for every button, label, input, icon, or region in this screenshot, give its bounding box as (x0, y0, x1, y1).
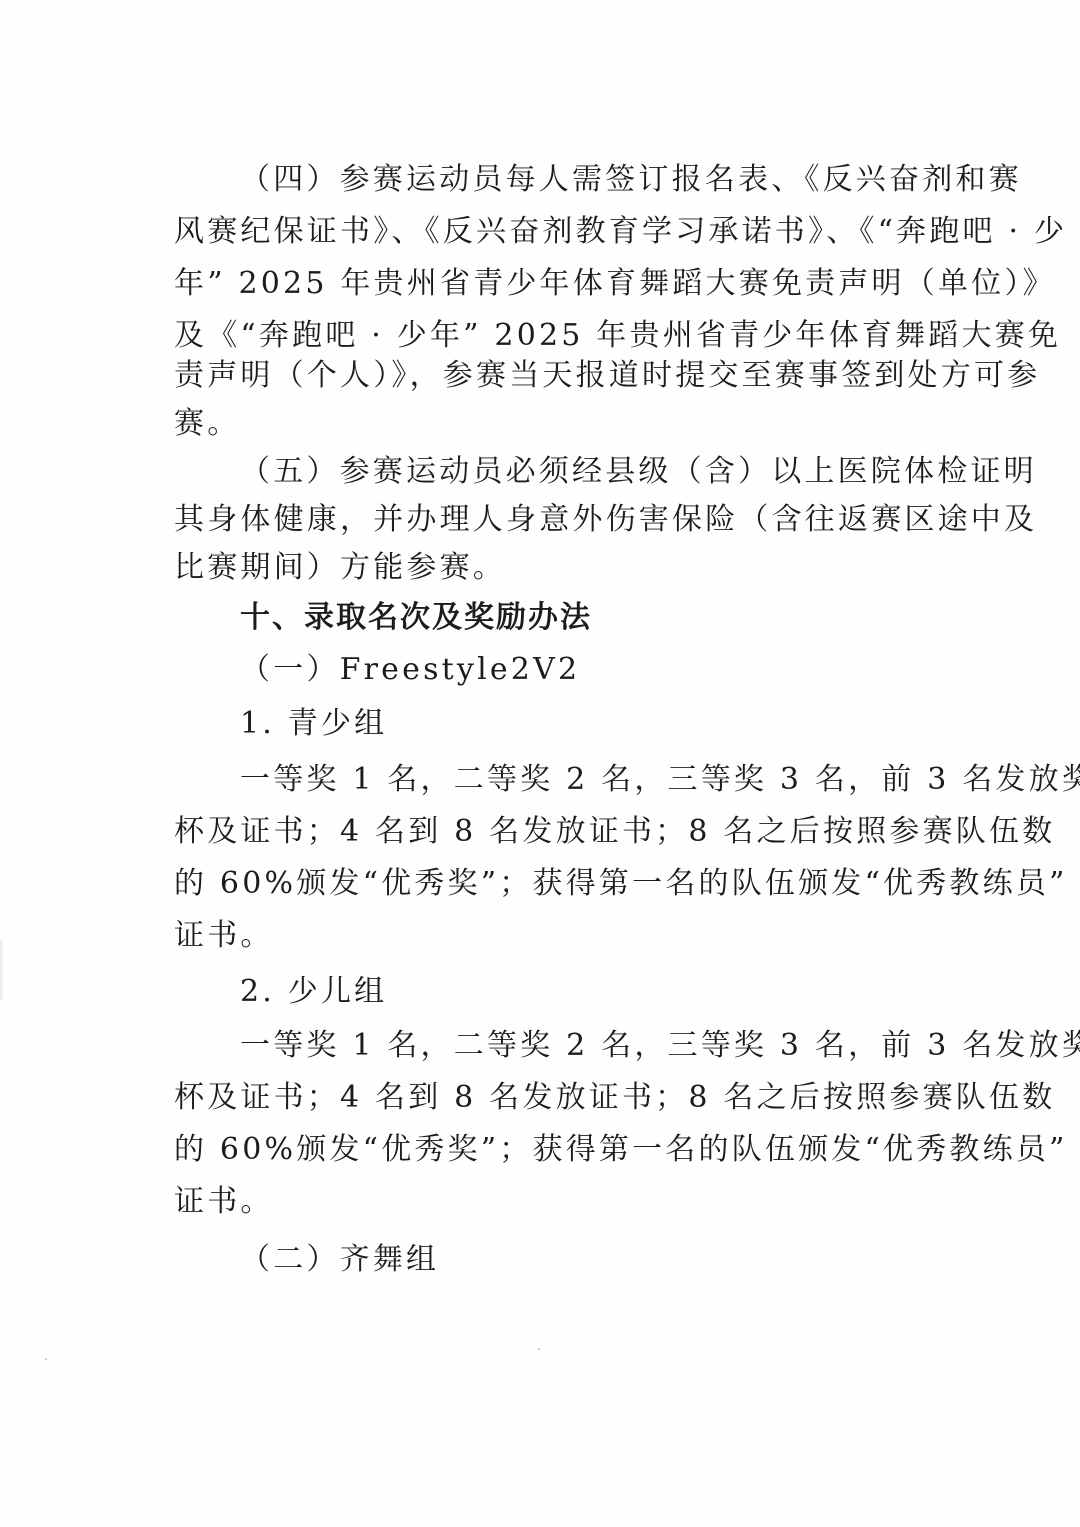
group-2-title: 2. 少儿组 (240, 972, 1000, 1012)
group-2-line-3: 的 60%颁发“优秀奖”；获得第一名的队伍颁发“优秀教练员” (174, 1130, 934, 1170)
group-2-line-2: 杯及证书；4 名到 8 名发放证书；8 名之后按照参赛队伍数 (174, 1078, 934, 1118)
section-4-line-1: （四）参赛运动员每人需签订报名表、《反兴奋剂和赛 (240, 160, 1000, 200)
group-2-line-4: 证书。 (174, 1182, 934, 1222)
subsection-1-title: （一）Freestyle2V2 (240, 650, 1000, 690)
subsection-2-title: （二）齐舞组 (240, 1240, 1000, 1280)
chapter-10-heading: 十、录取名次及奖励办法 (240, 598, 1000, 638)
section-4-line-3: 年” 2025 年贵州省青少年体育舞蹈大赛免责声明（单位）》 (174, 264, 934, 304)
group-1-line-1: 一等奖 1 名，二等奖 2 名，三等奖 3 名，前 3 名发放奖 (240, 760, 1000, 800)
scan-edge-shadow (0, 940, 4, 1000)
group-1-line-3: 的 60%颁发“优秀奖”；获得第一名的队伍颁发“优秀教练员” (174, 864, 934, 904)
section-4-line-2: 风赛纪保证书》、《反兴奋剂教育学习承诺书》、《“奔跑吧 · 少 (174, 212, 934, 252)
section-5-line-3: 比赛期间）方能参赛。 (174, 548, 934, 588)
document-page: （四）参赛运动员每人需签订报名表、《反兴奋剂和赛 风赛纪保证书》、《反兴奋剂教育… (0, 0, 1080, 1527)
group-1-line-4: 证书。 (174, 916, 934, 956)
section-4-line-5: 责声明（个人）》，参赛当天报道时提交至赛事签到处方可参 (174, 356, 934, 396)
group-1-title: 1. 青少组 (240, 704, 1000, 744)
section-4-line-6: 赛。 (174, 404, 934, 444)
section-5-line-2: 其身体健康，并办理人身意外伤害保险（含往返赛区途中及 (174, 500, 934, 540)
scan-speck (538, 1348, 540, 1350)
scan-speck (45, 1358, 47, 1360)
section-4-line-4: 及《“奔跑吧 · 少年” 2025 年贵州省青少年体育舞蹈大赛免 (174, 316, 934, 356)
section-5-line-1: （五）参赛运动员必须经县级（含）以上医院体检证明 (240, 452, 1000, 492)
group-2-line-1: 一等奖 1 名，二等奖 2 名，三等奖 3 名，前 3 名发放奖 (240, 1026, 1000, 1066)
group-1-line-2: 杯及证书；4 名到 8 名发放证书；8 名之后按照参赛队伍数 (174, 812, 934, 852)
